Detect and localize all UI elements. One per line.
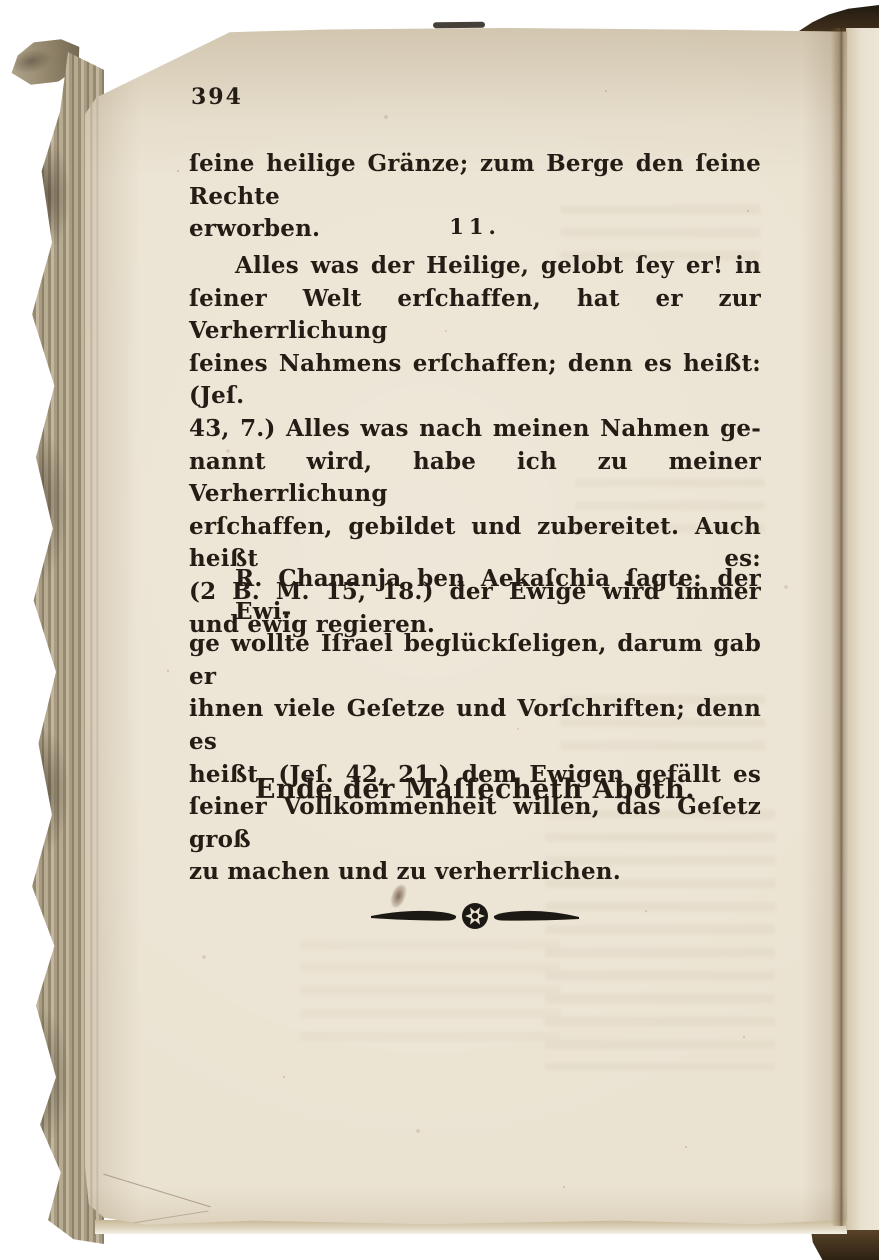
text-line: ſeine heilige Gränze; zum Berge den ſein…: [189, 148, 761, 213]
section-heading: 11.: [189, 214, 761, 239]
rosette-dash-ornament-icon: [370, 900, 580, 932]
inner-edge-ridges: [85, 98, 103, 1218]
text-line: ſeines Nahmens erſchaffen; denn es heißt…: [189, 348, 761, 413]
text-block: ſeine heilige Gränze; zum Berge den ſein…: [189, 28, 761, 1226]
text-line: zu machen und zu verherrlichen.: [189, 856, 761, 889]
text-line: Alles was der Heilige, gelobt ſey er! in: [189, 250, 761, 283]
book-page: 394 ſeine heilige Gränze; zum Berge den …: [85, 28, 847, 1226]
text-line: 43, 7.) Alles was nach meinen Nahmen ge-: [189, 413, 761, 446]
gutter-crease: [831, 28, 851, 1226]
paragraph-2: R. Chananja ben Aekaſchia ſagte: der Ewi…: [189, 563, 761, 889]
text-line: nannt wird, habe ich zu meiner Verherrli…: [189, 446, 761, 511]
text-line: ſeiner Welt erſchaffen, hat er zur Verhe…: [189, 283, 761, 348]
text-line: R. Chananja ben Aekaſchia ſagte: der Ewi…: [189, 563, 761, 628]
text-line: ihnen viele Geſetze und Vorſchriften; de…: [189, 693, 761, 758]
text-line: ge wollte Iſrael beglückſeligen, darum g…: [189, 628, 761, 693]
colophon: Ende der Maſſecheth Aboth.: [189, 774, 761, 805]
top-edge-mark: [433, 22, 485, 28]
